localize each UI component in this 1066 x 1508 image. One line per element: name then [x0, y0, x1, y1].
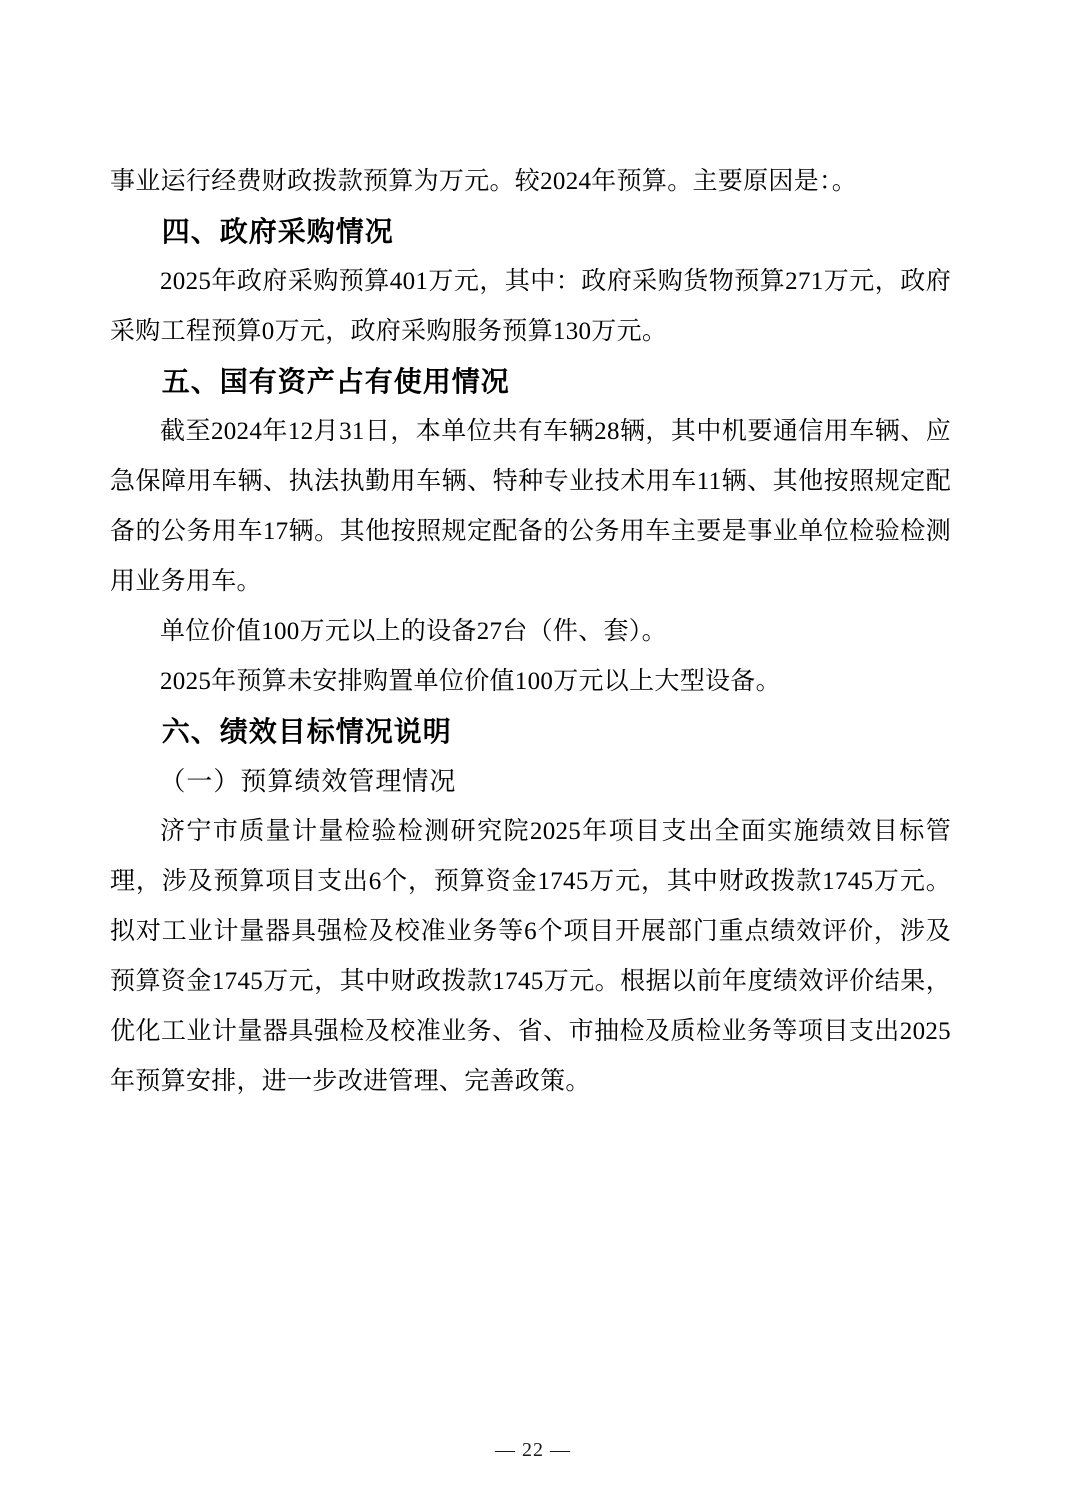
paragraph-operating-funds-continuation: 事业运行经费财政拨款预算为万元。较2024年预算。主要原因是：。	[110, 157, 951, 207]
subsection-heading-budget-performance-management: （一）预算绩效管理情况	[110, 757, 951, 807]
section-heading-performance-targets: 六、绩效目标情况说明	[110, 707, 951, 757]
paragraph-performance-management-detail: 济宁市质量计量检验检测研究院2025年项目支出全面实施绩效目标管理，涉及预算项目…	[110, 807, 951, 1107]
paragraph-no-large-equipment-purchase: 2025年预算未安排购置单位价值100万元以上大型设备。	[110, 657, 951, 707]
page-number: — 22 —	[0, 1438, 1066, 1462]
paragraph-equipment-over-1m: 单位价值100万元以上的设备27台（件、套）。	[110, 607, 951, 657]
document-body: 事业运行经费财政拨款预算为万元。较2024年预算。主要原因是：。 四、政府采购情…	[110, 157, 951, 1107]
section-heading-government-procurement: 四、政府采购情况	[110, 207, 951, 257]
document-page: 事业运行经费财政拨款预算为万元。较2024年预算。主要原因是：。 四、政府采购情…	[0, 0, 1066, 1508]
section-heading-state-assets: 五、国有资产占有使用情况	[110, 357, 951, 407]
paragraph-vehicles: 截至2024年12月31日，本单位共有车辆28辆，其中机要通信用车辆、应急保障用…	[110, 407, 951, 607]
paragraph-procurement-budget: 2025年政府采购预算401万元，其中：政府采购货物预算271万元，政府采购工程…	[110, 257, 951, 357]
